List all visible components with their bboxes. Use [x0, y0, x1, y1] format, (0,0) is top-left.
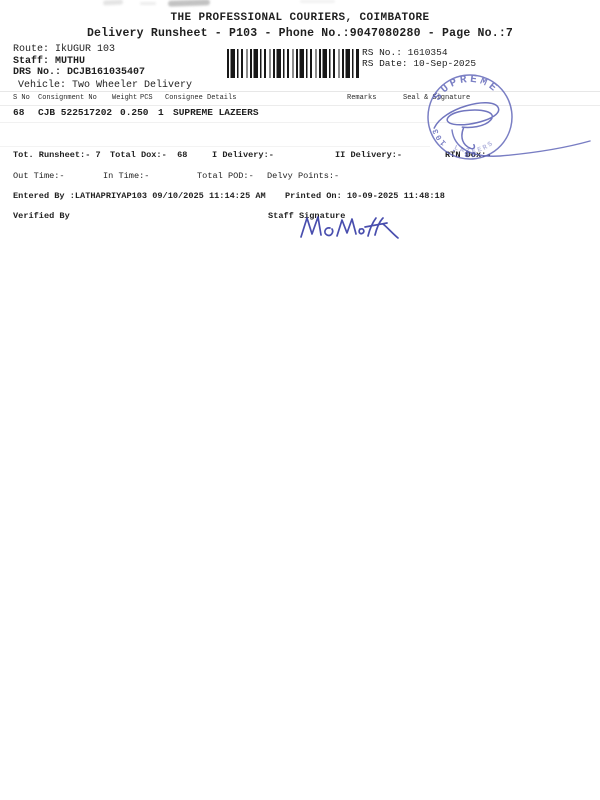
rs-no-value: 1610354 — [408, 47, 448, 58]
col-header-pcs: PCS — [140, 94, 153, 102]
in-time-label: In Time:- — [103, 171, 149, 181]
stamp-arc-top-text: SUPREME — [430, 70, 503, 105]
scan-smudge — [168, 0, 210, 7]
vehicle-label: Vehicle: — [18, 80, 66, 91]
drs-value: DCJB161035407 — [67, 67, 145, 78]
verified-by-label: Verified By — [13, 211, 70, 221]
drs-label: DRS No.: — [13, 67, 61, 78]
scan-smudge — [103, 0, 123, 6]
col-header-sno: S No — [13, 94, 30, 102]
printed-on: Printed On: 10-09-2025 11:48:18 — [285, 191, 445, 201]
total-dox: Total Dox:- 68 — [110, 150, 187, 160]
staff-line: Staff: MUTHU — [13, 56, 85, 67]
col-header-weight: Weight — [112, 94, 137, 102]
route-line: Route: IkUGUR 103 — [13, 44, 115, 55]
row-consignee: SUPREME LAZEERS — [173, 107, 259, 118]
ii-delivery-label: II Delivery:- — [335, 150, 402, 160]
scanned-delivery-runsheet: THE PROFESSIONAL COURIERS, COIMBATORE De… — [0, 0, 600, 800]
document-subtitle: Delivery Runsheet - P103 - Phone No.:904… — [0, 27, 600, 40]
row-consignment: CJB 522517202 — [38, 107, 112, 118]
total-pod-label: Total POD:- — [197, 171, 254, 181]
rs-date-label: RS Date: — [362, 58, 408, 69]
row-weight: 0.250 — [120, 107, 149, 118]
row-sno: 68 — [13, 107, 24, 118]
entered-by: Entered By :LATHAPRIYAP103 09/10/2025 11… — [13, 191, 266, 201]
out-time-label: Out Time:- — [13, 171, 65, 181]
total-dox-value: 68 — [177, 150, 187, 160]
col-header-consignee: Consignee Details — [165, 94, 236, 102]
rs-no-label: RS No.: — [362, 47, 402, 58]
tot-runsheet-value: 7 — [96, 150, 101, 160]
rs-no-line: RS No.: 1610354 — [362, 47, 448, 58]
staff-label: Staff: — [13, 56, 49, 67]
svg-text:SUPREME: SUPREME — [430, 70, 503, 105]
document-title: THE PROFESSIONAL COURIERS, COIMBATORE — [0, 12, 600, 24]
delvy-points-label: Delvy Points:- — [267, 171, 339, 181]
total-dox-label: Total Dox:- — [110, 150, 167, 160]
col-header-consignment: Consignment No — [38, 94, 97, 102]
scan-smudge — [140, 2, 156, 5]
i-delivery-label: I Delivery:- — [212, 150, 274, 160]
tot-runsheet: Tot. Runsheet:- 7 — [13, 150, 101, 160]
route-value: IkUGUR 103 — [55, 44, 115, 55]
route-label: Route: — [13, 44, 49, 55]
staff-signature-handwriting — [288, 212, 408, 254]
drs-line: DRS No.: DCJB161035407 — [13, 67, 145, 78]
table-bottom-rule — [0, 146, 430, 147]
vehicle-value: Two Wheeler Delivery — [72, 80, 192, 91]
runsheet-barcode — [227, 49, 359, 78]
scan-smudge — [300, 0, 335, 3]
staff-value: MUTHU — [55, 56, 85, 67]
col-header-remarks: Remarks — [347, 94, 376, 102]
row-pcs: 1 — [158, 107, 164, 118]
pen-flourish — [440, 125, 600, 170]
vehicle-line: Vehicle: Two Wheeler Delivery — [18, 80, 192, 91]
tot-runsheet-label: Tot. Runsheet:- — [13, 150, 90, 160]
